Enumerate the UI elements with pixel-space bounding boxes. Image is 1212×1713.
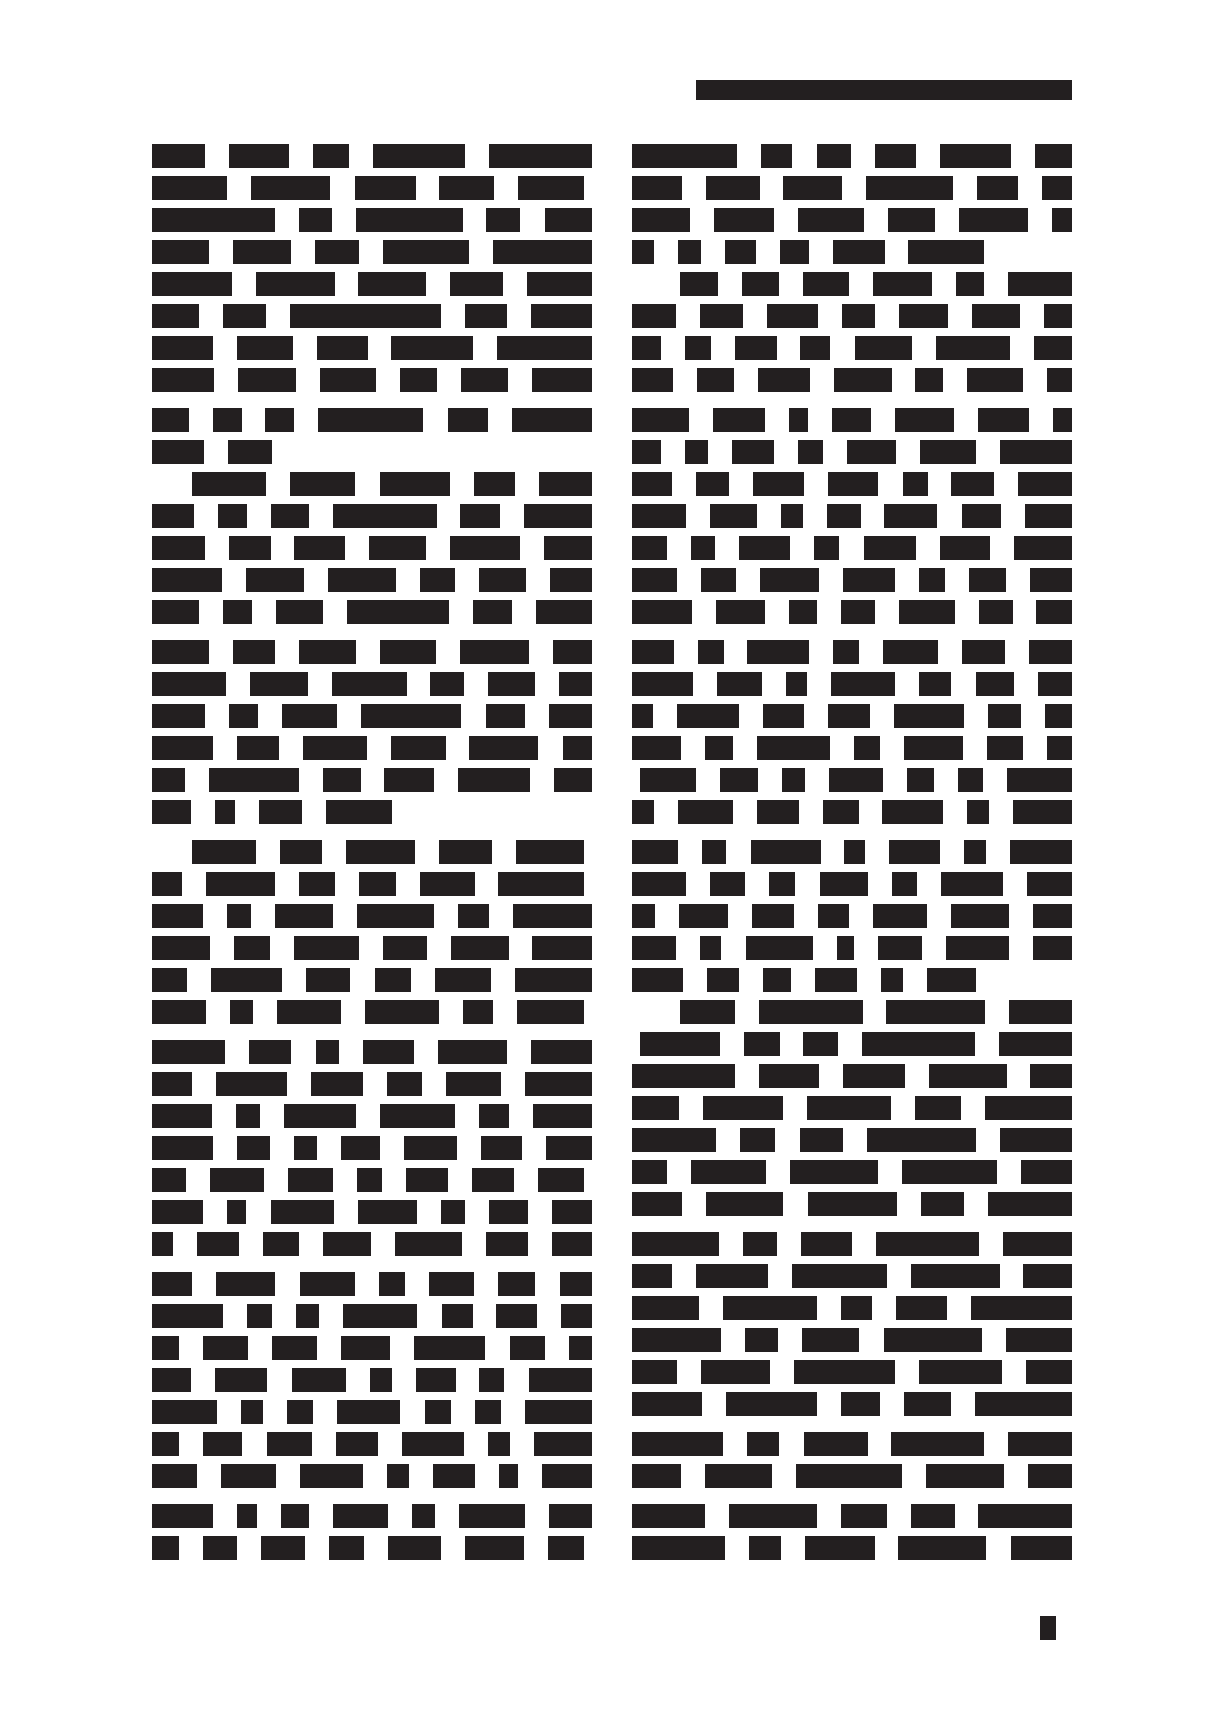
redacted-word-block xyxy=(237,736,279,760)
redacted-text-line xyxy=(152,304,592,328)
redacted-word-block xyxy=(680,1000,735,1024)
redacted-word-block xyxy=(544,536,592,560)
redacted-word-block xyxy=(987,736,1023,760)
redacted-word-block xyxy=(640,1032,720,1056)
redacted-word-block xyxy=(152,1000,206,1024)
redacted-word-block xyxy=(739,536,790,560)
right-column xyxy=(632,0,1072,1713)
redacted-word-block xyxy=(1044,304,1072,328)
redacted-word-block xyxy=(458,904,489,928)
redacted-word-block xyxy=(876,1232,979,1256)
redacted-word-block xyxy=(532,936,592,960)
redacted-word-block xyxy=(883,640,938,664)
redacted-word-block xyxy=(1009,1000,1072,1024)
redacted-word-block xyxy=(855,336,912,360)
redacted-word-block xyxy=(292,1368,346,1392)
redacted-text-line xyxy=(152,800,592,824)
redacted-word-block xyxy=(473,600,512,624)
redacted-word-block xyxy=(698,640,724,664)
redacted-word-block xyxy=(536,600,592,624)
redacted-word-block xyxy=(691,1160,766,1184)
redacted-word-block xyxy=(365,1000,439,1024)
redacted-word-block xyxy=(967,368,1023,392)
redacted-word-block xyxy=(387,1072,422,1096)
redacted-word-block xyxy=(862,1032,975,1056)
redacted-text-line xyxy=(152,1136,592,1160)
redacted-word-block xyxy=(800,1128,843,1152)
redacted-word-block xyxy=(1028,1464,1072,1488)
redacted-word-block xyxy=(332,672,407,696)
redacted-word-block xyxy=(341,1336,390,1360)
redacted-word-block xyxy=(152,144,205,168)
redacted-word-block xyxy=(215,800,235,824)
redacted-word-block xyxy=(782,768,805,792)
redacted-word-block xyxy=(720,768,758,792)
redacted-word-block xyxy=(370,1368,392,1392)
redacted-text-line xyxy=(632,640,1072,664)
redacted-word-block xyxy=(1011,1536,1072,1560)
redacted-word-block xyxy=(742,272,779,296)
redacted-word-block xyxy=(486,704,525,728)
redacted-word-block xyxy=(1026,1360,1072,1384)
redacted-word-block xyxy=(276,600,323,624)
redacted-text-line xyxy=(632,1064,1072,1088)
redacted-text-line xyxy=(632,840,1072,864)
redacted-word-block xyxy=(347,600,449,624)
redacted-word-block xyxy=(632,240,654,264)
redacted-word-block xyxy=(281,1504,309,1528)
redacted-word-block xyxy=(152,1304,223,1328)
redacted-word-block xyxy=(757,800,799,824)
redacted-word-block xyxy=(263,1232,299,1256)
redacted-word-block xyxy=(1008,272,1072,296)
redacted-word-block xyxy=(837,936,854,960)
redacted-word-block xyxy=(815,968,857,992)
redacted-word-block xyxy=(318,408,423,432)
redacted-word-block xyxy=(518,176,584,200)
redacted-word-block xyxy=(743,1232,777,1256)
redacted-word-block xyxy=(402,1432,464,1456)
redacted-word-block xyxy=(259,800,302,824)
redacted-word-block xyxy=(1030,1064,1072,1088)
redacted-word-block xyxy=(451,936,509,960)
redacted-text-line xyxy=(632,768,1072,792)
redacted-word-block xyxy=(391,736,446,760)
redacted-text-line xyxy=(632,1000,1072,1024)
redacted-word-block xyxy=(465,304,507,328)
redacted-word-block xyxy=(964,840,986,864)
redacted-word-block xyxy=(429,1272,474,1296)
redacted-word-block xyxy=(1010,840,1072,864)
redacted-word-block xyxy=(823,800,859,824)
redacted-word-block xyxy=(685,336,711,360)
redacted-text-line xyxy=(632,408,1072,432)
redacted-word-block xyxy=(967,800,989,824)
redacted-word-block xyxy=(152,568,222,592)
redacted-word-block xyxy=(761,144,792,168)
redacted-word-block xyxy=(632,1296,699,1320)
redacted-word-block xyxy=(632,872,686,896)
redacted-word-block xyxy=(854,736,880,760)
redacted-word-block xyxy=(369,536,426,560)
redacted-word-block xyxy=(703,1096,783,1120)
redacted-word-block xyxy=(700,936,721,960)
redacted-word-block xyxy=(206,872,275,896)
redacted-word-block xyxy=(404,1136,457,1160)
redacted-word-block xyxy=(358,272,426,296)
redacted-word-block xyxy=(959,208,1028,232)
redacted-word-block xyxy=(517,1000,584,1024)
redacted-word-block xyxy=(529,1368,592,1392)
redacted-word-block xyxy=(632,440,661,464)
redacted-word-block xyxy=(881,968,903,992)
redacted-word-block xyxy=(740,1128,775,1152)
redacted-word-block xyxy=(294,536,345,560)
redacted-word-block xyxy=(489,144,592,168)
redacted-word-block xyxy=(229,144,289,168)
redacted-text-line xyxy=(152,1168,592,1192)
redacted-word-block xyxy=(152,968,187,992)
redacted-text-line xyxy=(152,1368,592,1392)
redacted-text-line xyxy=(152,1104,592,1128)
redacted-word-block xyxy=(433,1464,475,1488)
redacted-word-block xyxy=(152,872,182,896)
redacted-word-block xyxy=(759,1000,863,1024)
redacted-word-block xyxy=(265,408,294,432)
redacted-word-block xyxy=(525,1400,592,1424)
redacted-word-block xyxy=(524,504,592,528)
redacted-word-block xyxy=(696,1264,768,1288)
redacted-word-block xyxy=(359,872,396,896)
redacted-text-line xyxy=(632,1392,1072,1416)
redacted-word-block xyxy=(969,568,1006,592)
redacted-word-block xyxy=(843,1064,905,1088)
redacted-word-block xyxy=(632,1392,702,1416)
redacted-word-block xyxy=(757,736,830,760)
redacted-word-block xyxy=(296,1304,319,1328)
redacted-text-line xyxy=(632,504,1072,528)
redacted-word-block xyxy=(706,176,760,200)
redacted-word-block xyxy=(442,1304,473,1328)
redacted-text-line xyxy=(152,640,592,664)
redacted-word-block xyxy=(333,1504,388,1528)
redacted-word-block xyxy=(927,968,976,992)
redacted-word-block xyxy=(414,1336,485,1360)
redacted-word-block xyxy=(769,872,795,896)
redacted-word-block xyxy=(747,1432,779,1456)
redacted-word-block xyxy=(152,304,199,328)
redacted-word-block xyxy=(379,1272,405,1296)
redacted-word-block xyxy=(632,736,681,760)
redacted-word-block xyxy=(152,640,209,664)
redacted-word-block xyxy=(841,1296,872,1320)
redacted-word-block xyxy=(884,1328,982,1352)
redacted-text-line xyxy=(152,272,592,296)
redacted-word-block xyxy=(469,736,538,760)
redacted-text-line xyxy=(632,1192,1072,1216)
redacted-word-block xyxy=(561,1304,592,1328)
redacted-word-block xyxy=(864,536,916,560)
redacted-word-block xyxy=(234,936,270,960)
redacted-word-block xyxy=(632,208,690,232)
redacted-word-block xyxy=(886,1000,985,1024)
redacted-word-block xyxy=(899,600,955,624)
redacted-word-block xyxy=(632,504,686,528)
redacted-text-line xyxy=(632,304,1072,328)
redacted-word-block xyxy=(229,536,271,560)
redacted-word-block xyxy=(717,672,762,696)
redacted-word-block xyxy=(363,1040,414,1064)
redacted-word-block xyxy=(531,1040,592,1064)
redacted-word-block xyxy=(958,768,983,792)
redacted-text-line xyxy=(152,176,592,200)
redacted-text-line xyxy=(632,336,1072,360)
redacted-word-block xyxy=(701,568,736,592)
redacted-word-block xyxy=(488,1432,510,1456)
redacted-word-block xyxy=(745,1328,778,1352)
redacted-word-block xyxy=(696,472,729,496)
redacted-word-block xyxy=(549,704,592,728)
page-number: [redacted page number] xyxy=(1040,1616,1056,1640)
redacted-word-block xyxy=(632,936,676,960)
redacted-word-block xyxy=(358,1200,417,1224)
redacted-word-block xyxy=(152,336,213,360)
redacted-word-block xyxy=(1018,472,1072,496)
redacted-word-block xyxy=(1053,408,1072,432)
redacted-word-block xyxy=(978,1504,1072,1528)
redacted-word-block xyxy=(458,768,530,792)
redacted-text-line xyxy=(152,536,592,560)
redacted-text-line xyxy=(152,1272,592,1296)
redacted-word-block xyxy=(820,872,868,896)
redacted-text-line xyxy=(152,1072,592,1096)
redacted-word-block xyxy=(898,1536,986,1560)
redacted-text-line xyxy=(152,144,592,168)
redacted-word-block xyxy=(800,336,830,360)
redacted-word-block xyxy=(550,568,592,592)
redacted-word-block xyxy=(1047,736,1072,760)
redacted-word-block xyxy=(323,768,361,792)
redacted-text-line xyxy=(152,1504,592,1528)
redacted-word-block xyxy=(988,704,1021,728)
redacted-word-block xyxy=(306,968,350,992)
redacted-word-block xyxy=(460,640,529,664)
redacted-word-block xyxy=(752,904,794,928)
redacted-word-block xyxy=(152,904,203,928)
redacted-text-line xyxy=(632,1536,1072,1560)
redacted-word-block xyxy=(847,440,896,464)
redacted-word-block xyxy=(632,368,673,392)
redacted-word-block xyxy=(873,272,932,296)
redacted-text-line xyxy=(152,1200,592,1224)
redacted-word-block xyxy=(479,568,526,592)
redacted-word-block xyxy=(1033,904,1072,928)
redacted-word-block xyxy=(211,968,282,992)
redacted-word-block xyxy=(420,872,475,896)
redacted-word-block xyxy=(463,1000,493,1024)
redacted-word-block xyxy=(512,408,592,432)
redacted-word-block xyxy=(632,304,676,328)
redacted-word-block xyxy=(192,472,266,496)
redacted-word-block xyxy=(632,1192,682,1216)
redacted-word-block xyxy=(632,408,689,432)
redacted-word-block xyxy=(525,1072,592,1096)
redacted-text-line xyxy=(632,272,1072,296)
redacted-word-block xyxy=(891,1432,984,1456)
redacted-word-block xyxy=(680,272,718,296)
redacted-word-block xyxy=(430,672,464,696)
redacted-word-block xyxy=(705,1464,772,1488)
redacted-word-block xyxy=(705,736,733,760)
redacted-word-block xyxy=(461,368,508,392)
redacted-word-block xyxy=(956,272,984,296)
redacted-word-block xyxy=(726,1392,817,1416)
redacted-word-block xyxy=(548,1536,584,1560)
redacted-text-line xyxy=(632,936,1072,960)
redacted-word-block xyxy=(763,704,804,728)
redacted-word-block xyxy=(233,240,291,264)
redacted-text-line xyxy=(152,872,592,896)
redacted-word-block xyxy=(834,368,892,392)
redacted-word-block xyxy=(481,1136,522,1160)
redacted-word-block xyxy=(223,304,266,328)
redacted-word-block xyxy=(783,176,842,200)
redacted-text-line xyxy=(632,1296,1072,1320)
redacted-word-block xyxy=(228,440,272,464)
redacted-word-block xyxy=(152,1136,213,1160)
redacted-word-block xyxy=(237,1136,270,1160)
redacted-text-line xyxy=(152,1400,592,1424)
redacted-word-block xyxy=(284,1104,356,1128)
redacted-word-block xyxy=(343,1304,417,1328)
redacted-word-block xyxy=(152,768,185,792)
redacted-word-block xyxy=(632,472,672,496)
redacted-word-block xyxy=(152,176,227,200)
redacted-word-block xyxy=(632,1128,716,1152)
redacted-word-block xyxy=(229,704,258,728)
redacted-text-line xyxy=(152,704,592,728)
redacted-word-block xyxy=(542,1464,592,1488)
redacted-text-line xyxy=(632,1160,1072,1184)
redacted-word-block xyxy=(844,840,865,864)
redacted-word-block xyxy=(632,144,737,168)
redacted-word-block xyxy=(753,472,804,496)
redacted-word-block xyxy=(884,504,937,528)
redacted-word-block xyxy=(152,504,194,528)
redacted-text-line xyxy=(632,1232,1072,1256)
redacted-word-block xyxy=(794,1360,895,1384)
redacted-word-block xyxy=(152,408,189,432)
redacted-word-block xyxy=(678,240,701,264)
redacted-word-block xyxy=(685,440,708,464)
redacted-word-block xyxy=(356,208,463,232)
redacted-word-block xyxy=(227,1200,246,1224)
redacted-word-block xyxy=(907,768,934,792)
redacted-word-block xyxy=(985,1096,1072,1120)
redacted-word-block xyxy=(438,1040,507,1064)
redacted-word-block xyxy=(516,840,584,864)
redacted-word-block xyxy=(317,336,368,360)
redacted-word-block xyxy=(439,840,492,864)
redacted-word-block xyxy=(357,904,434,928)
redacted-text-line xyxy=(152,736,592,760)
redacted-word-block xyxy=(152,1464,197,1488)
redacted-word-block xyxy=(831,672,895,696)
redacted-word-block xyxy=(277,1000,341,1024)
redacted-word-block xyxy=(450,536,520,560)
redacted-word-block xyxy=(450,272,503,296)
redacted-word-block xyxy=(1027,872,1072,896)
redacted-word-block xyxy=(902,1160,997,1184)
redacted-word-block xyxy=(903,472,928,496)
redacted-text-line xyxy=(632,536,1072,560)
redacted-word-block xyxy=(406,1168,448,1192)
redacted-word-block xyxy=(691,536,715,560)
redacted-word-block xyxy=(749,1536,781,1560)
redacted-word-block xyxy=(975,1392,1072,1416)
redacted-text-line xyxy=(632,1360,1072,1384)
redacted-word-block xyxy=(798,440,823,464)
redacted-word-block xyxy=(384,768,434,792)
redacted-word-block xyxy=(632,672,693,696)
redacted-word-block xyxy=(497,336,592,360)
redacted-word-block xyxy=(888,208,935,232)
redacted-word-block xyxy=(940,144,1011,168)
redacted-word-block xyxy=(515,968,592,992)
redacted-word-block xyxy=(827,504,861,528)
redacted-word-block xyxy=(441,1200,465,1224)
redacted-word-block xyxy=(841,600,875,624)
redacted-text-line xyxy=(152,1336,592,1360)
redacted-word-block xyxy=(493,240,592,264)
redacted-word-block xyxy=(216,1272,275,1296)
redacted-word-block xyxy=(218,504,247,528)
redacted-word-block xyxy=(929,1064,1007,1088)
redacted-word-block xyxy=(534,1432,592,1456)
redacted-word-block xyxy=(1000,1128,1072,1152)
redacted-word-block xyxy=(323,1232,371,1256)
redacted-text-line xyxy=(632,800,1072,824)
redacted-word-block xyxy=(632,1360,677,1384)
redacted-word-block xyxy=(746,936,813,960)
redacted-word-block xyxy=(841,1504,887,1528)
redacted-text-line xyxy=(632,736,1072,760)
redacted-word-block xyxy=(828,704,870,728)
redacted-word-block xyxy=(412,1504,435,1528)
redacted-word-block xyxy=(538,1168,584,1192)
redacted-word-block xyxy=(1021,1160,1072,1184)
redacted-word-block xyxy=(818,904,849,928)
redacted-word-block xyxy=(236,1104,260,1128)
redacted-word-block xyxy=(873,904,927,928)
redacted-word-block xyxy=(320,368,376,392)
redacted-word-block xyxy=(287,1400,313,1424)
redacted-word-block xyxy=(632,536,667,560)
redacted-word-block xyxy=(972,304,1020,328)
redacted-word-block xyxy=(700,304,743,328)
redacted-word-block xyxy=(152,672,226,696)
redacted-word-block xyxy=(632,1064,735,1088)
redacted-word-block xyxy=(474,472,515,496)
redacted-text-line xyxy=(152,472,592,496)
redacted-word-block xyxy=(249,1040,291,1064)
redacted-word-block xyxy=(152,208,275,232)
redacted-word-block xyxy=(767,304,818,328)
redacted-word-block xyxy=(632,1464,681,1488)
redacted-word-block xyxy=(486,208,520,232)
redacted-word-block xyxy=(203,1536,237,1560)
redacted-word-block xyxy=(272,1336,317,1360)
